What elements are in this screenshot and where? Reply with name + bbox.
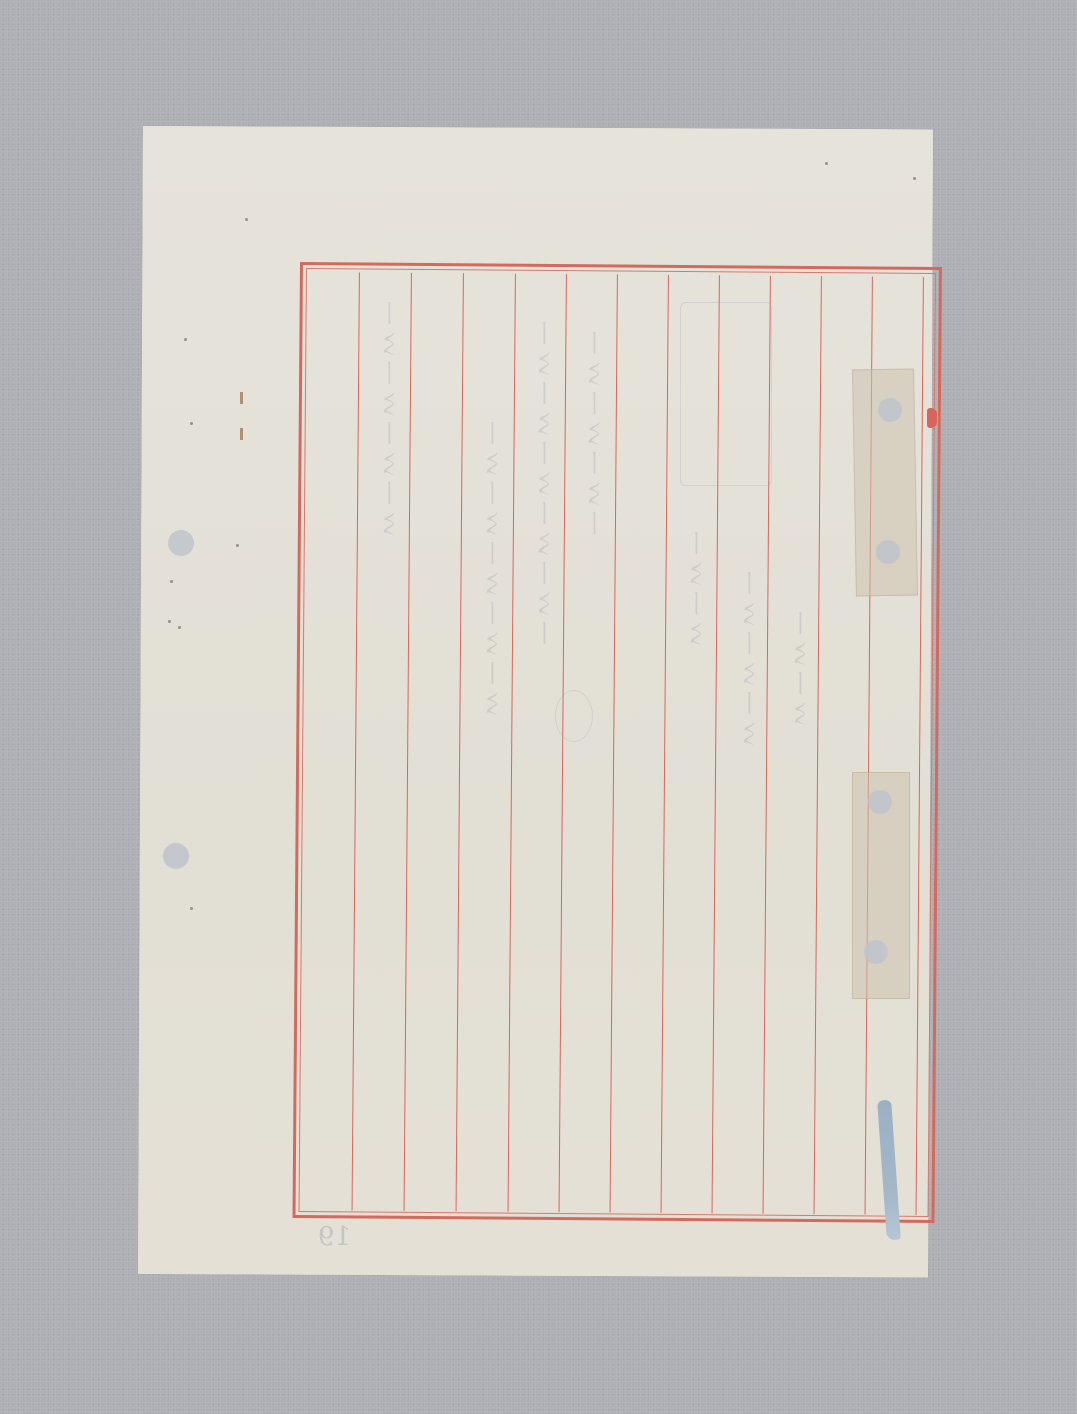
column-line [661,275,669,1213]
speck [190,422,193,425]
show-through-column: 〡〻〡〻〡〻〡〻〡〻 [476,420,506,1100]
punch-hole [878,398,902,422]
show-through-column: 〡〻〡〻〡〻〡 [578,330,608,870]
speck [190,907,193,910]
show-through-page-number: 19 [318,1222,351,1252]
punch-hole [876,540,900,564]
speck [184,338,187,341]
speck [168,620,171,623]
speck [825,162,828,165]
punch-hole [864,940,888,964]
column-line [456,273,464,1211]
speck [913,177,916,180]
punch-hole-left [163,843,189,869]
speck [178,626,181,629]
column-line [916,277,924,1215]
speck [245,218,248,221]
speck [170,580,173,583]
punch-hole-left [168,530,194,556]
show-through-column: 〡〻〡〻〡〻〡〻〡〻〡 [528,320,558,1080]
rust-mark [240,392,243,404]
show-through-seal [555,690,593,742]
column-line [508,274,516,1212]
speck [236,544,239,547]
rust-mark [240,428,243,440]
show-through-column: 〡〻〡〻 [680,530,710,830]
show-through-column: 〡〻〡〻〡〻〡〻 [373,300,403,820]
column-line [352,272,360,1210]
punch-hole [868,790,892,814]
show-through-column: 〡〻〡〻 [784,610,814,910]
show-through-box [680,302,772,486]
red-seal-mark [927,408,937,428]
column-line [814,276,822,1214]
show-through-column: 〡〻〡〻〡〻 [733,570,763,1010]
